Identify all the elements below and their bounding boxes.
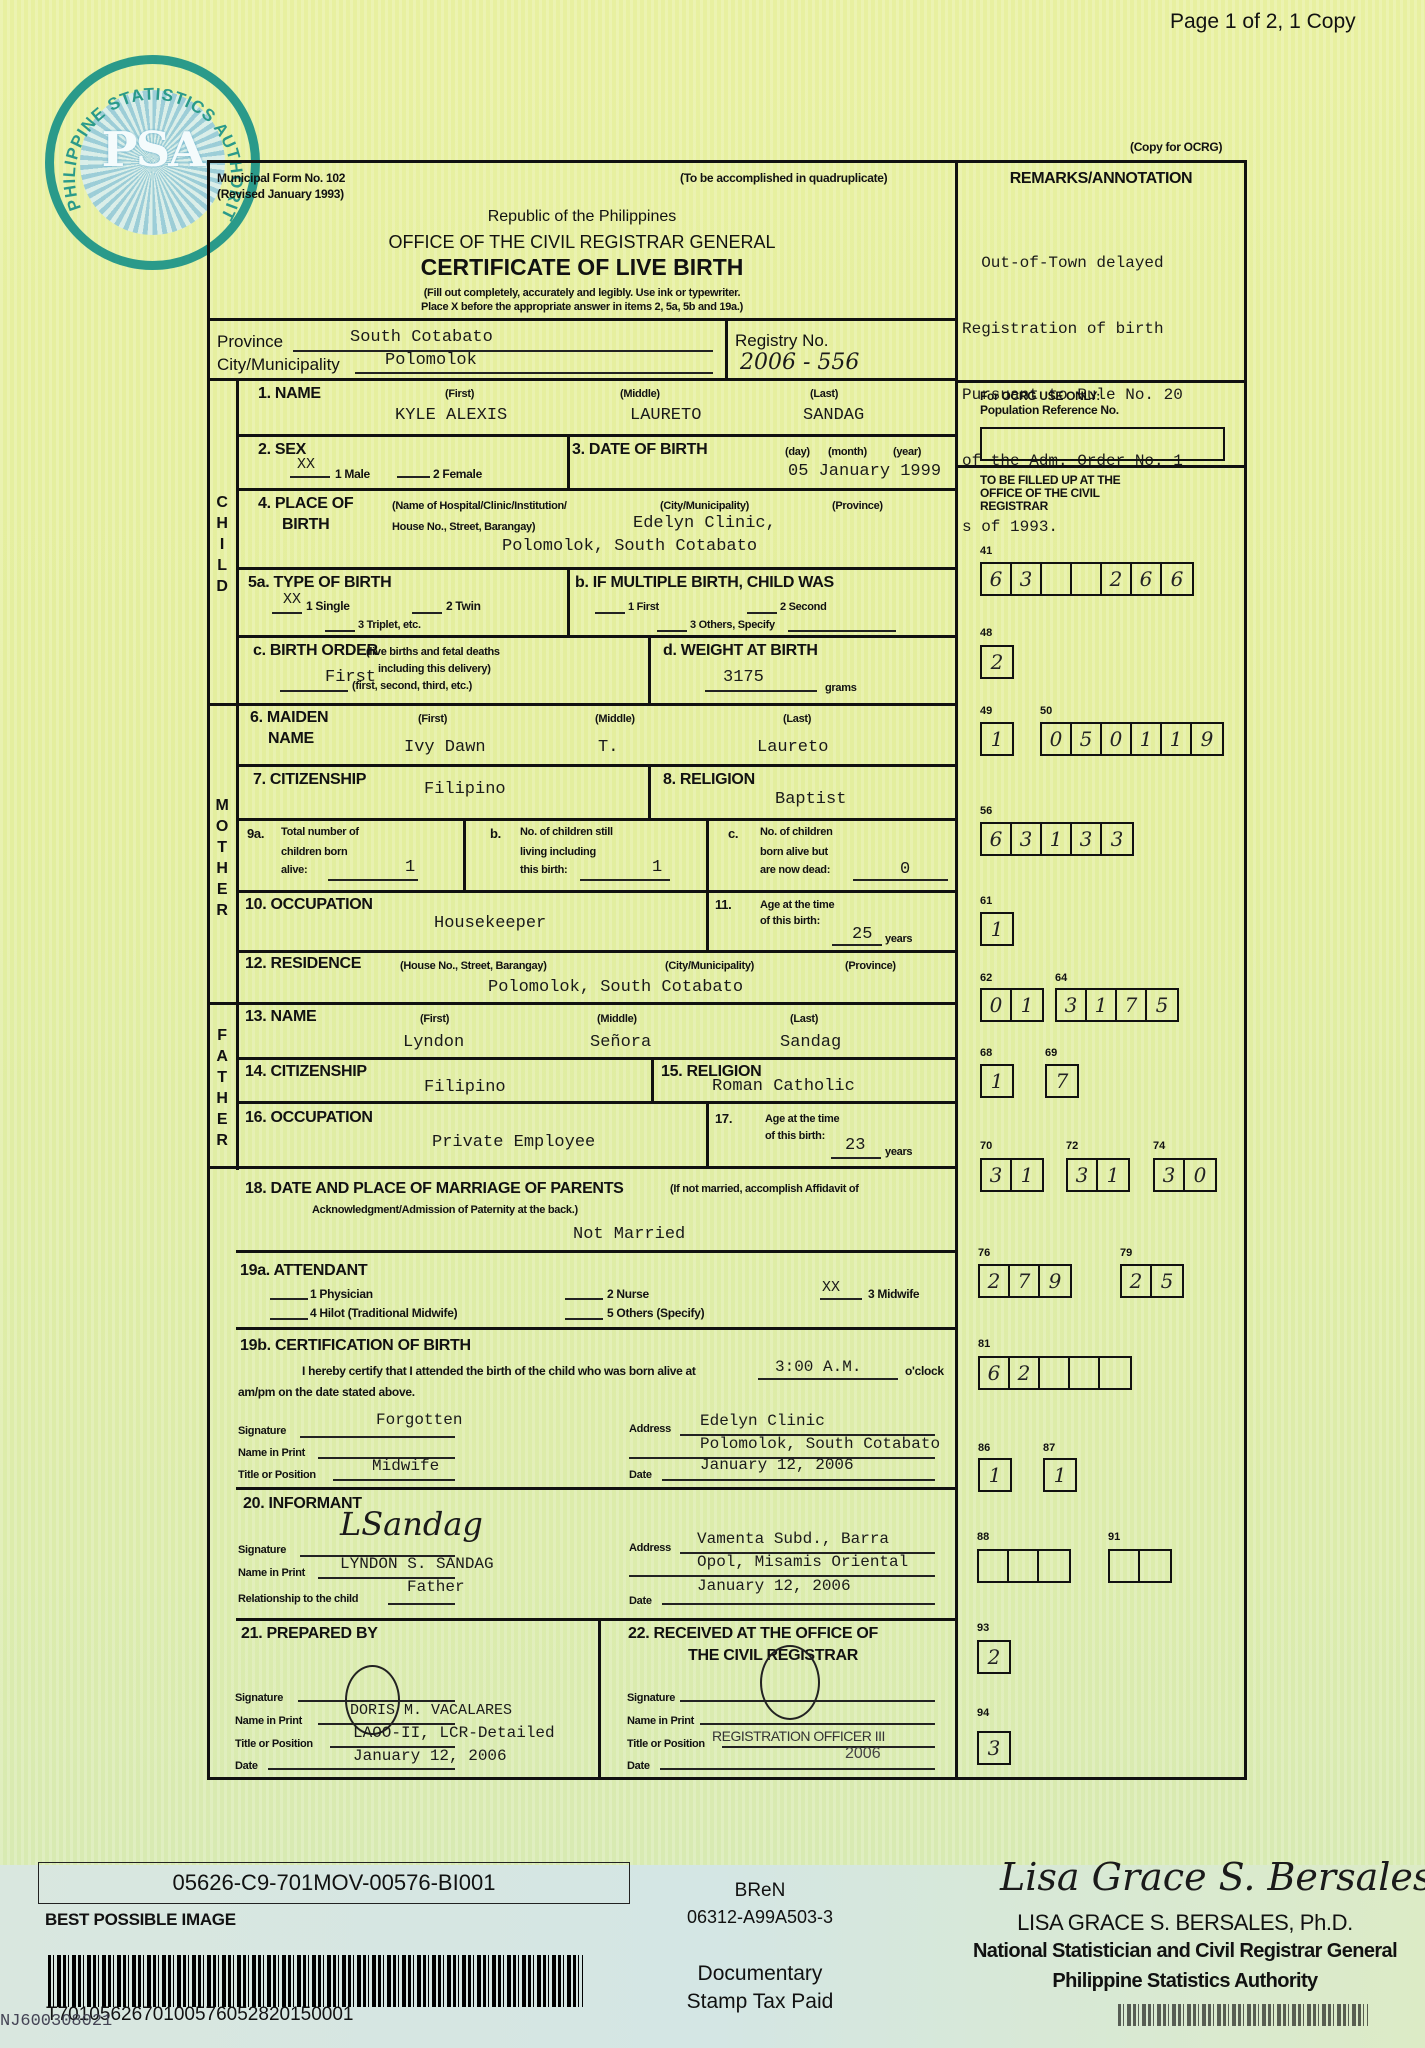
code-74-label: 74 <box>1153 1140 1165 1152</box>
code-62-label: 62 <box>980 972 992 984</box>
code-cell: 1 <box>982 914 1012 944</box>
cert-address-label: Address <box>629 1423 671 1435</box>
code-cell <box>1042 564 1072 594</box>
sex-female-option: 2 Female <box>433 467 482 481</box>
attendant-others: 5 Others (Specify) <box>607 1306 704 1320</box>
cert-title: Midwife <box>372 1457 439 1475</box>
code-cell: 1 <box>1162 724 1192 754</box>
code-41-cells[interactable]: 6 3 2 6 6 <box>980 562 1194 596</box>
code-79-label: 79 <box>1120 1247 1132 1259</box>
stamp-line-2: Stamp Tax Paid <box>660 1990 860 2014</box>
code-cell: 7 <box>1047 1066 1077 1096</box>
side-label-father-text: FATHER <box>214 1025 230 1151</box>
dob-month-label: (month) <box>828 446 867 458</box>
code-cell: 6 <box>982 824 1012 854</box>
code-cell <box>1070 1358 1100 1388</box>
father-name-label: 13. NAME <box>245 1008 316 1026</box>
code-cell: 1 <box>1042 824 1072 854</box>
marriage-hint-1: (If not married, accomplish Affidavit of <box>670 1183 859 1195</box>
cert-address-1: Edelyn Clinic <box>700 1412 825 1430</box>
population-reference-input[interactable] <box>980 427 1225 461</box>
signatory-title: National Statistician and Civil Registra… <box>945 1940 1425 1963</box>
code-cell: 0 <box>982 990 1012 1020</box>
attendant-midwife: 3 Midwife <box>868 1287 919 1301</box>
remarks-line-2: Registration of birth <box>962 318 1183 340</box>
ocrg-label-1: For OCRG USE ONLY: <box>980 389 1100 403</box>
certification-text-3: am/pm on the date stated above. <box>238 1385 415 1399</box>
code-cell <box>1110 1551 1140 1581</box>
father-middle-label: (Middle) <box>597 1013 637 1025</box>
code-68-cells[interactable]: 1 <box>980 1064 1014 1098</box>
birth-order-label: c. BIRTH ORDER <box>253 642 378 660</box>
marriage-value: Not Married <box>573 1225 685 1244</box>
code-cell: 1 <box>980 1460 1010 1490</box>
multiple-first: 1 First <box>628 601 659 613</box>
pob-hint-1: (Name of Hospital/Clinic/Institution/ <box>392 500 567 512</box>
pob-hint-2: House No., Street, Barangay) <box>392 521 535 533</box>
child-last-name: SANDAG <box>803 406 864 425</box>
best-possible-label: BEST POSSIBLE IMAGE <box>45 1910 236 1930</box>
code-72-cells[interactable]: 3 1 <box>1066 1158 1130 1192</box>
mother-occupation: Housekeeper <box>434 914 546 933</box>
born-alive-label-1: Total number of <box>281 826 359 838</box>
code-cell: 9 <box>1192 724 1222 754</box>
ocrg-label-2: Population Reference No. <box>980 403 1119 417</box>
child-middle-label: (Middle) <box>620 388 660 400</box>
code-cell: 3 <box>1068 1160 1098 1190</box>
sex-male-option: 1 Male <box>335 467 370 481</box>
code-cell: 3 <box>979 1733 1009 1763</box>
city-value: Polomolok <box>385 351 477 370</box>
prepared-date-label: Date <box>235 1760 258 1772</box>
mother-first-name: Ivy Dawn <box>404 738 486 757</box>
code-cell: 3 <box>1155 1160 1185 1190</box>
residence-label: 12. RESIDENCE <box>245 955 361 973</box>
mother-middle-label: (Middle) <box>595 713 635 725</box>
mother-age: 25 <box>852 925 872 944</box>
registry-value: 2006 - 556 <box>740 350 859 375</box>
code-94-label: 94 <box>977 1707 989 1719</box>
born-alive-label-2: children born <box>281 846 347 858</box>
code-cell: 6 <box>1162 564 1192 594</box>
document-title: CERTIFICATE OF LIVE BIRTH <box>207 254 957 281</box>
received-date-label: Date <box>627 1760 650 1772</box>
child-first-label: (First) <box>445 388 474 400</box>
code-cell: 0 <box>1102 724 1132 754</box>
received-title: REGISTRATION OFFICER III <box>712 1728 885 1744</box>
page-indicator: Page 1 of 2, 1 Copy <box>1170 10 1356 34</box>
born-alive-label-3: alive: <box>281 864 307 876</box>
mother-middle-name: T. <box>598 738 618 757</box>
informant-relationship-label: Relationship to the child <box>238 1593 358 1605</box>
code-cell: 2 <box>980 1266 1010 1296</box>
dob-value: 05 January 1999 <box>788 462 941 481</box>
code-69-cells[interactable]: 7 <box>1045 1064 1079 1098</box>
dead-value: 0 <box>900 860 910 879</box>
code-81-label: 81 <box>978 1338 990 1350</box>
code-cell: 0 <box>1185 1160 1215 1190</box>
pob-label-1: 4. PLACE OF <box>258 495 353 513</box>
barcode <box>48 1955 583 2007</box>
code-68-label: 68 <box>980 1047 992 1059</box>
certification-time: 3:00 A.M. <box>775 1358 861 1376</box>
remarks-line-5: s of 1993. <box>962 516 1183 538</box>
dob-year-label: (year) <box>893 446 921 458</box>
pob-label-2: BIRTH <box>282 516 329 534</box>
attendant-midwife-mark: XX <box>822 1279 840 1296</box>
received-name-label: Name in Print <box>627 1715 694 1727</box>
code-91-cells[interactable] <box>1108 1549 1172 1583</box>
mother-age-num: 11. <box>715 897 731 912</box>
living-label-1: No. of children still <box>520 826 613 838</box>
father-citizenship: Filipino <box>424 1078 506 1097</box>
code-49-cells[interactable]: 1 <box>980 722 1014 756</box>
signatory-signature: Lisa Grace S. Bersales <box>1000 1855 1425 1899</box>
cert-signature: Forgotten <box>376 1411 462 1429</box>
code-87-label: 87 <box>1043 1442 1055 1454</box>
mother-occupation-label: 10. OCCUPATION <box>245 896 373 914</box>
code-cell <box>1140 1551 1170 1581</box>
birth-order-hint-1: (live births and fetal deaths <box>366 646 500 658</box>
pob-value-line-2: Polomolok, South Cotabato <box>502 537 757 556</box>
code-cell: 5 <box>1072 724 1102 754</box>
code-56-cells[interactable]: 6 3 1 3 3 <box>980 822 1134 856</box>
code-cell: 6 <box>1132 564 1162 594</box>
code-cell: 2 <box>1122 1266 1152 1296</box>
code-cell: 0 <box>1042 724 1072 754</box>
father-last-name: Sandag <box>780 1033 841 1052</box>
living-value: 1 <box>652 858 662 877</box>
birth-order-hint-2: including this delivery) <box>378 663 491 675</box>
code-cell: 6 <box>980 1358 1010 1388</box>
prepared-date: January 12, 2006 <box>353 1747 507 1765</box>
code-62-cells[interactable]: 0 1 <box>980 988 1044 1022</box>
stamp-line-1: Documentary <box>660 1962 860 1986</box>
informant-relationship: Father <box>407 1578 465 1596</box>
form-revised: (Revised January 1993) <box>217 187 344 201</box>
dead-label-3: are now dead: <box>760 864 830 876</box>
residence-hint: (House No., Street, Barangay) <box>400 960 547 972</box>
serial-number: NJ600308021 <box>0 2012 112 2031</box>
prepared-label: 21. PREPARED BY <box>241 1625 378 1643</box>
code-cell <box>1072 564 1102 594</box>
republic-label: Republic of the Philippines <box>207 208 957 226</box>
code-cell: 1 <box>1087 990 1117 1020</box>
code-cell: 2 <box>982 647 1012 677</box>
code-49-label: 49 <box>980 705 992 717</box>
code-cell <box>1100 1358 1130 1388</box>
father-last-label: (Last) <box>790 1013 818 1025</box>
code-50-cells[interactable]: 0 5 0 1 1 9 <box>1040 722 1224 756</box>
code-69-label: 69 <box>1045 1047 1057 1059</box>
received-signature-scribble <box>760 1645 820 1720</box>
province-value: South Cotabato <box>350 328 493 347</box>
mother-age-unit: years <box>885 933 912 945</box>
dead-label-1: No. of children <box>760 826 833 838</box>
prepared-title-label: Title or Position <box>235 1738 313 1750</box>
code-48-label: 48 <box>980 627 992 639</box>
code-cell: 5 <box>1147 990 1177 1020</box>
code-76-label: 76 <box>978 1247 990 1259</box>
code-86-label: 86 <box>978 1442 990 1454</box>
child-first-name: KYLE ALEXIS <box>395 406 507 425</box>
dob-label: 3. DATE OF BIRTH <box>572 441 707 459</box>
sex-male-mark: XX <box>297 456 315 473</box>
informant-date-label: Date <box>629 1595 652 1607</box>
birth-type-label: 5a. TYPE OF BIRTH <box>248 574 391 592</box>
weight-unit: grams <box>825 682 857 694</box>
code-cell: 6 <box>982 564 1012 594</box>
reference-number: 05626-C9-701MOV-00576-BI001 <box>173 1870 496 1895</box>
father-age-label-1: Age at the time <box>765 1113 839 1125</box>
cert-title-label: Title or Position <box>238 1469 316 1481</box>
dob-day-label: (day) <box>785 446 810 458</box>
father-age-num: 17. <box>715 1111 732 1126</box>
code-cell: 7 <box>1010 1266 1040 1296</box>
remarks-line-1: Out-of-Town delayed <box>962 252 1183 274</box>
fill-label-3: REGISTRAR <box>980 499 1048 513</box>
bren-label: BReN <box>710 1880 810 1902</box>
code-56-label: 56 <box>980 805 992 817</box>
reference-number-box: 05626-C9-701MOV-00576-BI001 <box>38 1862 630 1904</box>
residence-value: Polomolok, South Cotabato <box>488 978 743 997</box>
prepared-title: LAOO-II, LCR-Detailed <box>353 1724 555 1742</box>
multiple-others: 3 Others, Specify <box>690 619 775 631</box>
dead-num: c. <box>728 826 738 841</box>
code-cell: 1 <box>1098 1160 1128 1190</box>
code-cell: 7 <box>1117 990 1147 1020</box>
mother-name-label-1: 6. MAIDEN <box>250 709 328 727</box>
prepared-name: DORIS M. VACALARES <box>350 1702 512 1719</box>
quadruplicate-note: (To be accomplished in quadruplicate) <box>680 171 887 185</box>
child-last-label: (Last) <box>810 388 838 400</box>
code-87-cells[interactable]: 1 <box>1043 1458 1077 1492</box>
mother-last-label: (Last) <box>783 713 811 725</box>
father-first-label: (First) <box>420 1013 449 1025</box>
father-middle-name: Señora <box>590 1033 651 1052</box>
informant-address-1: Vamenta Subd., Barra <box>697 1530 889 1548</box>
code-cell: 9 <box>1040 1266 1070 1296</box>
cert-date: January 12, 2006 <box>700 1456 854 1474</box>
mother-first-label: (First) <box>418 713 447 725</box>
cert-name-label: Name in Print <box>238 1447 305 1459</box>
living-label-2: living including <box>520 846 596 858</box>
signatory-name: LISA GRACE S. BERSALES, Ph.D. <box>945 1910 1425 1936</box>
father-occupation-label: 16. OCCUPATION <box>245 1109 373 1127</box>
attendant-physician: 1 Physician <box>310 1287 373 1301</box>
code-94-cells[interactable]: 3 <box>977 1731 1011 1765</box>
code-61-cells[interactable]: 1 <box>980 912 1014 946</box>
cert-date-label: Date <box>629 1469 652 1481</box>
mother-age-label-2: of this birth: <box>760 915 820 927</box>
certification-label: 19b. CERTIFICATION OF BIRTH <box>240 1337 471 1355</box>
father-citizenship-label: 14. CITIZENSHIP <box>245 1063 367 1081</box>
birth-type-twin: 2 Twin <box>446 599 481 613</box>
living-label-3: this birth: <box>520 864 567 876</box>
code-50-label: 50 <box>1040 705 1052 717</box>
city-label: City/Municipality <box>217 355 340 375</box>
code-cell: 1 <box>982 724 1012 754</box>
copy-for-label: (Copy for OCRG) <box>1130 140 1222 154</box>
code-cell: 3 <box>1072 824 1102 854</box>
informant-signature-label: Signature <box>238 1544 286 1556</box>
side-label-child-text: CHILD <box>214 492 230 597</box>
fill-label-2: OFFICE OF THE CIVIL <box>980 486 1100 500</box>
code-cell <box>1040 1358 1070 1388</box>
signatory-barcode <box>1118 2004 1368 2026</box>
informant-date: January 12, 2006 <box>697 1577 851 1595</box>
code-72-label: 72 <box>1066 1140 1078 1152</box>
instructions-line-1: (Fill out completely, accurately and leg… <box>207 287 957 299</box>
mother-last-name: Laureto <box>757 738 828 757</box>
birth-type-single: 1 Single <box>306 599 350 613</box>
birth-type-single-mark: XX <box>283 591 301 608</box>
born-alive-num: 9a. <box>247 826 264 841</box>
informant-name-label: Name in Print <box>238 1567 305 1579</box>
father-age: 23 <box>845 1136 865 1155</box>
code-76-cells[interactable]: 2 7 9 <box>978 1264 1072 1298</box>
code-cell: 2 <box>1102 564 1132 594</box>
code-70-label: 70 <box>980 1140 992 1152</box>
mother-citizenship-label: 7. CITIZENSHIP <box>253 771 366 789</box>
informant-name: LYNDON S. SANDAG <box>340 1555 494 1573</box>
prepared-name-label: Name in Print <box>235 1715 302 1727</box>
code-74-cells[interactable]: 3 0 <box>1153 1158 1217 1192</box>
pob-city-label: (City/Municipality) <box>660 500 749 512</box>
attendant-nurse: 2 Nurse <box>607 1287 649 1301</box>
father-occupation: Private Employee <box>432 1133 595 1152</box>
informant-address-label: Address <box>629 1542 671 1554</box>
code-88-label: 88 <box>977 1531 989 1543</box>
code-81-cells[interactable]: 6 2 <box>978 1356 1132 1390</box>
code-cell: 3 <box>982 1160 1012 1190</box>
mother-religion-label: 8. RELIGION <box>663 771 755 789</box>
father-religion: Roman Catholic <box>712 1077 855 1096</box>
received-title-label: Title or Position <box>627 1738 705 1750</box>
side-label-child: CHILD <box>214 492 230 597</box>
received-date: 2006 <box>845 1745 881 1763</box>
birth-type-triplet: 3 Triplet, etc. <box>358 619 421 631</box>
code-cell: 1 <box>1012 990 1042 1020</box>
code-91-label: 91 <box>1108 1531 1120 1543</box>
father-age-unit: years <box>885 1146 912 1158</box>
mother-citizenship: Filipino <box>424 780 506 799</box>
mother-name-label-2: NAME <box>268 730 314 748</box>
code-79-cells[interactable]: 2 5 <box>1120 1264 1184 1298</box>
form-number: Municipal Form No. 102 <box>217 171 345 185</box>
code-86-cells[interactable]: 1 <box>978 1458 1012 1492</box>
certification-oclock: o'clock <box>905 1364 944 1378</box>
code-cell: 3 <box>1057 990 1087 1020</box>
marriage-hint-2: Acknowledgment/Admission of Paternity at… <box>312 1204 578 1216</box>
informant-address-2: Opol, Misamis Oriental <box>697 1553 908 1571</box>
code-88-cells[interactable] <box>977 1549 1071 1583</box>
side-label-mother-text: MOTHER <box>214 795 230 921</box>
residence-province-label: (Province) <box>845 960 896 972</box>
dead-label-2: born alive but <box>760 846 828 858</box>
office-label: OFFICE OF THE CIVIL REGISTRAR GENERAL <box>207 232 957 253</box>
code-cell <box>1039 1551 1069 1581</box>
registry-label: Registry No. <box>735 331 829 351</box>
pob-value-line-1: Edelyn Clinic, <box>633 514 776 533</box>
code-cell: 1 <box>1132 724 1162 754</box>
child-middle-name: LAURETO <box>630 406 701 425</box>
father-age-label-2: of this birth: <box>765 1130 825 1142</box>
code-cell: 3 <box>1012 824 1042 854</box>
certification-text-1: I hereby certify that I attended the bir… <box>302 1364 696 1378</box>
father-first-name: Lyndon <box>403 1033 464 1052</box>
prepared-signature-label: Signature <box>235 1692 283 1704</box>
code-cell: 3 <box>1102 824 1132 854</box>
cert-address-2: Polomolok, South Cotabato <box>700 1435 940 1453</box>
code-41-label: 41 <box>980 545 992 557</box>
living-num: b. <box>490 826 501 841</box>
code-cell: 1 <box>1012 1160 1042 1190</box>
code-93-label: 93 <box>977 1622 989 1634</box>
weight-label: d. WEIGHT AT BIRTH <box>663 642 818 660</box>
mother-religion: Baptist <box>775 790 846 809</box>
marriage-label: 18. DATE AND PLACE OF MARRIAGE OF PARENT… <box>245 1180 624 1198</box>
remarks-title: REMARKS/ANNOTATION <box>958 170 1244 188</box>
code-70-cells[interactable]: 3 1 <box>980 1158 1044 1192</box>
birth-order-value: First <box>325 668 376 687</box>
code-93-cells[interactable]: 2 <box>977 1640 1011 1674</box>
code-64-label: 64 <box>1055 972 1067 984</box>
code-cell: 2 <box>1010 1358 1040 1388</box>
received-signature-label: Signature <box>627 1692 675 1704</box>
born-alive-value: 1 <box>405 858 415 877</box>
side-label-mother: MOTHER <box>214 795 230 921</box>
instructions-line-2: Place X before the appropriate answer in… <box>207 301 957 313</box>
attendant-label: 19a. ATTENDANT <box>240 1262 367 1280</box>
received-label-1: 22. RECEIVED AT THE OFFICE OF <box>628 1625 878 1643</box>
side-label-father: FATHER <box>214 1025 230 1151</box>
attendant-hilot: 4 Hilot (Traditional Midwife) <box>310 1306 457 1320</box>
code-cell: 2 <box>979 1642 1009 1672</box>
mother-age-label-1: Age at the time <box>760 899 834 911</box>
multiple-second: 2 Second <box>780 601 827 613</box>
cert-signature-label: Signature <box>238 1425 286 1437</box>
seal-psa-letters: PSA <box>54 122 251 178</box>
bren-number: 06312-A99A503-3 <box>660 1907 860 1928</box>
code-61-label: 61 <box>980 895 992 907</box>
pob-province-label: (Province) <box>832 500 883 512</box>
province-label: Province <box>217 332 283 352</box>
code-cell: 1 <box>982 1066 1012 1096</box>
code-cell: 1 <box>1045 1460 1075 1490</box>
signatory-org: Philippine Statistics Authority <box>945 1970 1425 1993</box>
code-cell <box>979 1551 1009 1581</box>
multiple-birth-label: b. IF MULTIPLE BIRTH, CHILD WAS <box>575 574 834 592</box>
code-cell: 3 <box>1012 564 1042 594</box>
fill-label-1: TO BE FILLED UP AT THE <box>980 473 1120 487</box>
weight-value: 3175 <box>723 668 764 687</box>
code-64-cells[interactable]: 3 1 7 5 <box>1055 988 1179 1022</box>
code-cell <box>1009 1551 1039 1581</box>
residence-city-label: (City/Municipality) <box>665 960 754 972</box>
informant-signature: LSandag <box>340 1505 483 1543</box>
code-48-cells[interactable]: 2 <box>980 645 1014 679</box>
code-cell: 5 <box>1152 1266 1182 1296</box>
child-name-label: 1. NAME <box>258 385 321 403</box>
